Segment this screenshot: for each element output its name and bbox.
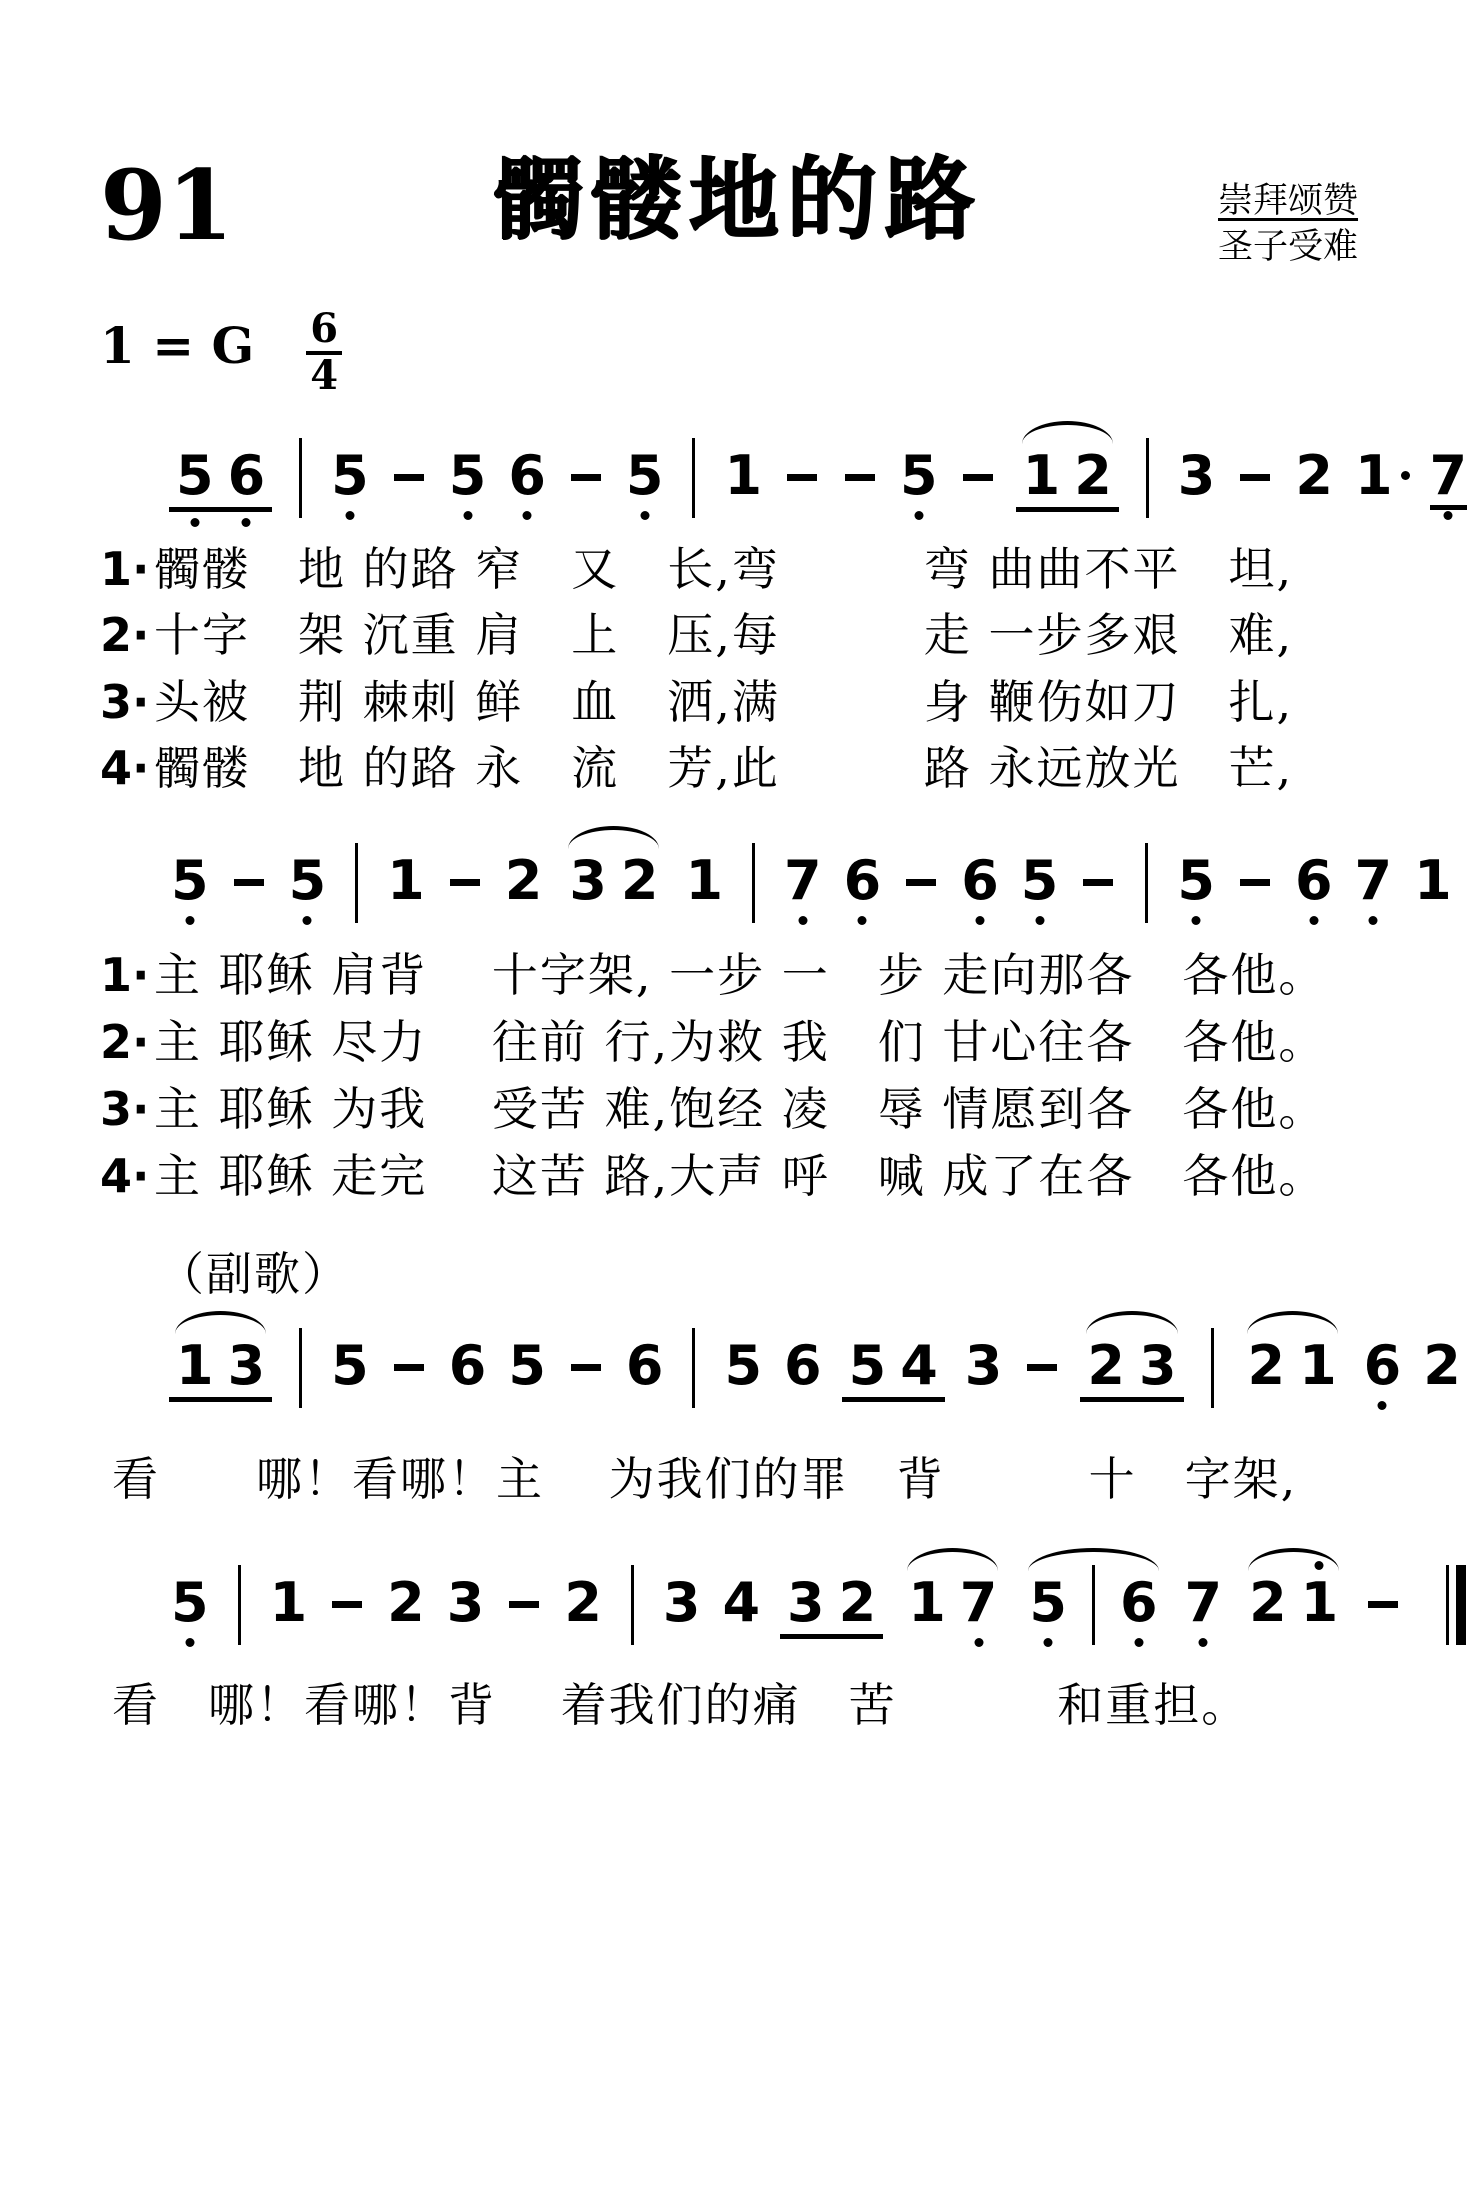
note-2: 2 — [564, 1574, 602, 1632]
slur-group: 21 — [1241, 1337, 1344, 1395]
note-1: 1 — [387, 852, 425, 910]
note-5: 5 — [724, 1337, 762, 1395]
note-7: 7 — [784, 852, 822, 910]
sustain-dash — [394, 474, 424, 481]
sustain-dash — [963, 474, 993, 481]
note-6: 6 — [1364, 1337, 1402, 1395]
verse-2-number: 2· — [100, 608, 154, 663]
note-1: 1 — [176, 1337, 214, 1395]
sustain-dash — [394, 1364, 424, 1371]
barline — [631, 1565, 634, 1645]
note-7: 7 — [1185, 1574, 1223, 1632]
final-barline — [1446, 1565, 1466, 1645]
barline — [1145, 843, 1148, 923]
beam-group: 56 — [169, 447, 272, 512]
note-5: 5 — [900, 447, 938, 505]
note-5: 5 — [331, 447, 369, 505]
tonality-label: 1 = G — [100, 318, 254, 373]
barline — [299, 1328, 302, 1408]
barline — [1146, 438, 1149, 518]
sustain-dash — [906, 879, 936, 886]
note-2: 2 — [505, 852, 543, 910]
sustain-dash — [571, 1364, 601, 1371]
category-worship-praise: 崇拜颂赞 — [1218, 178, 1358, 224]
refrain-3-number: 3· — [100, 1082, 154, 1137]
note-2: 2 — [387, 1574, 425, 1632]
note-2: 2 — [1087, 1337, 1125, 1395]
refrain-4-number: 4· — [100, 1149, 154, 1204]
music-line-verse-b: 5512321766556713211 — [160, 852, 1476, 942]
verse-1-lyrics: 1·髑髅 地 的路 窄 又 长,弯 弯 曲曲不平 坦, — [100, 542, 1293, 597]
note-5: 5 — [508, 1337, 546, 1395]
refrain-4-text: 主 耶稣 走完 这苦 路,大声 呼 喊 成了在各 各他。 — [154, 1149, 1326, 1203]
note-6: 6 — [784, 1337, 822, 1395]
sustain-dash — [1240, 879, 1270, 886]
slur-group: 23 — [1080, 1337, 1183, 1402]
note-5: 5 — [171, 1574, 209, 1632]
music-line-chorus-b: 5123234321756721 — [160, 1574, 1472, 1664]
note-2: 2 — [1248, 1337, 1286, 1395]
time-signature: 6 4 — [306, 308, 342, 397]
note-3: 3 — [663, 1574, 701, 1632]
sustain-dash — [571, 474, 601, 481]
note-3: 3 — [965, 1337, 1003, 1395]
sustain-dash — [450, 879, 480, 886]
note-3: 3 — [1178, 447, 1216, 505]
note-6: 6 — [1295, 852, 1333, 910]
sustain-dash — [1083, 879, 1113, 886]
note-1: 1 — [1414, 852, 1452, 910]
key-signature: 1 = G 6 4 — [100, 318, 342, 397]
slur-group: 32 — [562, 852, 665, 910]
refrain-1-lyrics: 1·主 耶稣 肩背 十字架, 一步 一 步 走向那各 各他。 — [100, 948, 1326, 1003]
slur-group: 21 — [1242, 1574, 1345, 1632]
refrain-2-text: 主 耶稣 尽力 往前 行,为救 我 们 甘心往各 各他。 — [154, 1015, 1326, 1069]
note-5: 5 — [1029, 1574, 1067, 1632]
note-6: 6 — [228, 447, 266, 505]
verse-4-lyrics: 4·髑髅 地 的路 永 流 芳,此 路 永远放光 芒, — [100, 741, 1293, 796]
note-5: 5 — [849, 1337, 887, 1395]
verse-3-number: 3· — [100, 675, 154, 730]
note-2: 2 — [1295, 447, 1333, 505]
note-1: 1 — [724, 447, 762, 505]
note-7: 7 — [960, 1574, 998, 1632]
barline — [1211, 1328, 1214, 1408]
sustain-dash — [1240, 474, 1270, 481]
verse-1-text: 髑髅 地 的路 窄 又 长,弯 弯 曲曲不平 坦, — [154, 542, 1293, 596]
note-5: 5 — [626, 447, 664, 505]
music-line-chorus-a: 13565656543232162 — [160, 1337, 1476, 1427]
barline — [355, 843, 358, 923]
slur-group: 13 — [169, 1337, 272, 1402]
verse-3-text: 头被 荆 棘刺 鲜 血 洒,满 身 鞭伤如刀 扎, — [154, 675, 1293, 729]
refrain-4-lyrics: 4·主 耶稣 走完 这苦 路,大声 呼 喊 成了在各 各他。 — [100, 1149, 1326, 1204]
note-3: 3 — [228, 1337, 266, 1395]
note-6: 6 — [844, 852, 882, 910]
refrain-3-lyrics: 3·主 耶稣 为我 受苦 难,饱经 凌 辱 情愿到各 各他。 — [100, 1082, 1326, 1137]
verse-4-number: 4· — [100, 741, 154, 796]
sustain-dash — [332, 1601, 362, 1608]
verse-2-text: 十字 架 沉重 肩 上 压,每 走 一步多艰 难, — [154, 608, 1293, 662]
note-5: 5 — [449, 447, 487, 505]
note-5: 5 — [176, 447, 214, 505]
note-4: 4 — [722, 1574, 760, 1632]
note-1: 1 — [1301, 1574, 1339, 1632]
category-passion-of-christ: 圣子受难 — [1218, 224, 1358, 270]
note-1: 1 — [685, 852, 723, 910]
beam-group: 32 — [780, 1574, 883, 1639]
refrain-1-text: 主 耶稣 肩背 十字架, 一步 一 步 走向那各 各他。 — [154, 948, 1326, 1002]
note-3: 3 — [1139, 1337, 1177, 1395]
note-2: 2 — [621, 852, 659, 910]
note-1: 1 — [1355, 447, 1393, 505]
note-4: 4 — [900, 1337, 938, 1395]
note-6: 6 — [449, 1337, 487, 1395]
verse-2-lyrics: 2·十字 架 沉重 肩 上 压,每 走 一步多艰 难, — [100, 608, 1293, 663]
note-1: 1 — [908, 1574, 946, 1632]
chorus-lyric-line-1: 看 哪！看哪！主 为我们的罪 背 十 字架, — [112, 1452, 1297, 1507]
category-labels: 崇拜颂赞 圣子受难 — [1218, 178, 1358, 270]
sustain-dash — [787, 474, 817, 481]
sustain-dash — [509, 1601, 539, 1608]
note-5: 5 — [1177, 852, 1215, 910]
note-6: 6 — [508, 447, 546, 505]
sustain-dash — [845, 474, 875, 481]
note-1: 1 — [270, 1574, 308, 1632]
meter-denominator: 4 — [306, 355, 342, 397]
note-5: 5 — [171, 852, 209, 910]
note-5: 5 — [1021, 852, 1059, 910]
note-1: 1 — [1299, 1337, 1337, 1395]
sustain-dash — [1027, 1364, 1057, 1371]
note-2: 2 — [1249, 1574, 1287, 1632]
note-6: 6 — [961, 852, 999, 910]
refrain-2-number: 2· — [100, 1015, 154, 1070]
slur-group: 56 — [1022, 1574, 1164, 1645]
barline — [1092, 1565, 1095, 1645]
music-line-verse-a: 5655651512321765 — [160, 447, 1476, 537]
note-2: 2 — [1074, 447, 1112, 505]
verse-3-lyrics: 3·头被 荆 棘刺 鲜 血 洒,满 身 鞭伤如刀 扎, — [100, 675, 1293, 730]
barline — [238, 1565, 241, 1645]
barline — [752, 843, 755, 923]
note-1: 1 — [1023, 447, 1061, 505]
note-7: 7 — [1355, 852, 1393, 910]
barline — [692, 1328, 695, 1408]
chorus-label: （副歌） — [158, 1238, 350, 1304]
note-3: 3 — [569, 852, 607, 910]
refrain-3-text: 主 耶稣 为我 受苦 难,饱经 凌 辱 情愿到各 各他。 — [154, 1082, 1326, 1136]
barline — [299, 438, 302, 518]
barline — [692, 438, 695, 518]
verse-4-text: 髑髅 地 的路 永 流 芳,此 路 永远放光 芒, — [154, 741, 1293, 795]
refrain-2-lyrics: 2·主 耶稣 尽力 往前 行,为救 我 们 甘心往各 各他。 — [100, 1015, 1326, 1070]
sustain-dash — [234, 879, 264, 886]
note-6: 6 — [626, 1337, 664, 1395]
hymn-sheet-page: 91 髑髅地的路 崇拜颂赞 圣子受难 1 = G 6 4 56556515123… — [0, 0, 1476, 2185]
meter-numerator: 6 — [306, 308, 342, 355]
beam-group: 54 — [842, 1337, 945, 1402]
note-6: 6 — [1120, 1574, 1158, 1632]
note-3: 3 — [447, 1574, 485, 1632]
verse-1-number: 1· — [100, 542, 154, 597]
note-5: 5 — [331, 1337, 369, 1395]
note-5: 5 — [289, 852, 327, 910]
note-3: 3 — [787, 1574, 825, 1632]
note-2: 2 — [839, 1574, 877, 1632]
refrain-1-number: 1· — [100, 948, 154, 1003]
sustain-dash — [1368, 1601, 1398, 1608]
chorus-lyric-line-2: 看 哪！看哪！背 着我们的痛 苦 和重担。 — [112, 1678, 1249, 1733]
slur-group: 17 — [901, 1574, 1004, 1632]
note-2: 2 — [1423, 1337, 1461, 1395]
slur-group: 12 — [1016, 447, 1119, 512]
note-7: 7 — [1430, 447, 1468, 510]
